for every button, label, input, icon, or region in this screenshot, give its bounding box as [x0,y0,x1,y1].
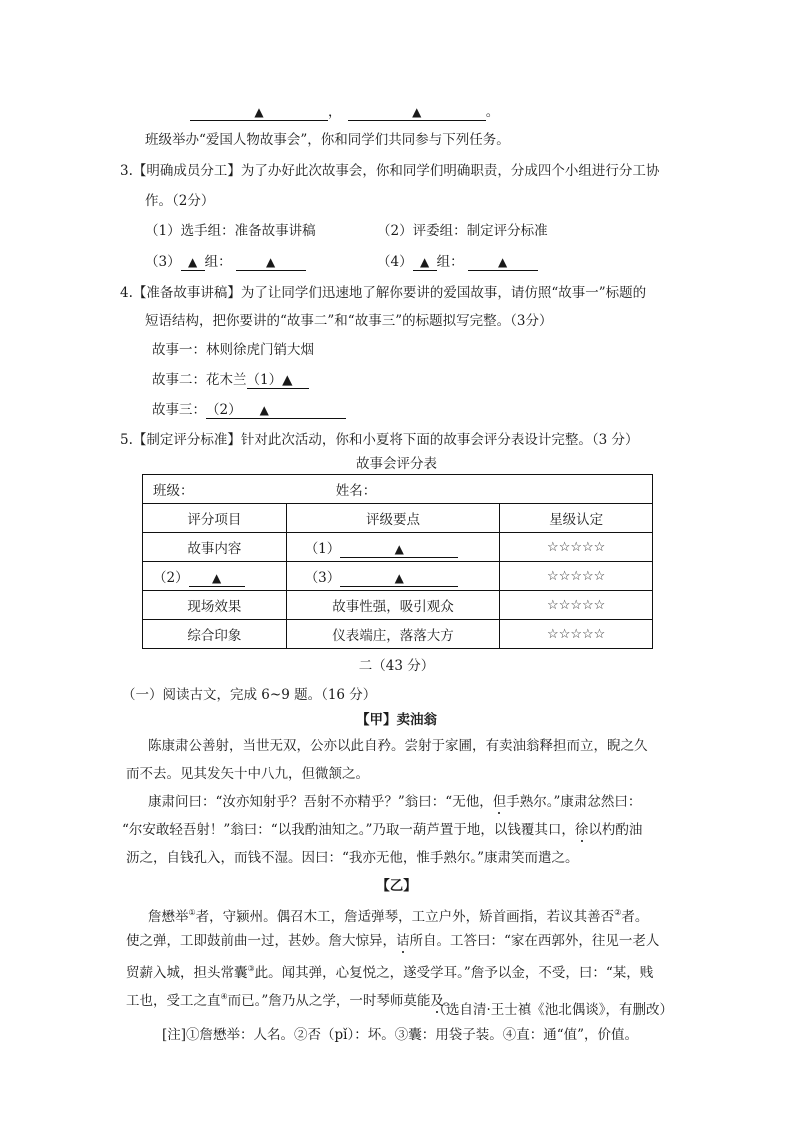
yi-line4: 工也，受工之直④而已。”詹乃从之学，一时琴师莫能及。 [126,988,457,1010]
passage-jia-title: 【甲】卖油翁 [0,711,793,729]
table-row-class-name: 班级： 姓名： [143,475,653,504]
table-row: （2）▲ （3）▲ ☆☆☆☆☆ [143,562,653,591]
row-point: 故事性强，吸引观众 [286,591,500,620]
jia-p2-line1: 康肃问曰：“汝亦知射乎？吾射不亦精乎？”翁曰：“无他，但手熟尔。”康肃忿然曰： [148,793,641,811]
group-name-blank-4[interactable]: ▲ [413,254,437,271]
footnote-marker: ③ [248,964,255,973]
q5-stem: 5.【制定评分标准】针对此次活动，你和小夏将下面的故事会评分表设计完整。（3 分… [120,431,639,449]
table-title: 故事会评分表 [0,455,793,473]
answer-blank-2[interactable]: ▲ [348,104,486,121]
star-rating[interactable]: ☆☆☆☆☆ [500,533,653,562]
story-3-title-blank[interactable]: （2）▲ [206,402,346,419]
group-task-blank-4[interactable]: ▲ [468,254,538,271]
section-2-title: 二（43 分） [0,657,793,675]
top-answer-blanks: ▲， ▲。 [190,103,499,121]
point-blank-1[interactable]: ▲ [340,541,458,558]
story-1: 故事一：林则徐虎门销大烟 [152,341,314,359]
footnote-marker: ① [189,908,196,917]
q3-item1: （1）选手组：准备故事讲稿 [145,222,316,240]
yi-line2: 使之弹，工即鼓前曲一过，甚妙。詹大惊异，诘所自。工答曰：“家在西郭外，往见一老人 [126,932,659,950]
emphasis-dot-char: 诘 [396,933,410,949]
q3-item3: （3）▲组：▲ [145,253,306,271]
jia-p1-line1: 陈康肃公善射，当世无双，公亦以此自矜。尝射于家圃，有卖油翁释担而立，睨之久 [148,737,648,755]
row-point: （1）▲ [286,533,500,562]
star-rating[interactable]: ☆☆☆☆☆ [500,591,653,620]
header-item: 评分项目 [143,504,287,533]
row-item: 现场效果 [143,591,287,620]
jia-p2-line2: “尔安敢轻吾射！”翁曰：“以我酌油知之。”乃取一葫芦置于地，以钱覆其口，徐以杓酌… [122,821,642,839]
activity-intro: 班级举办“爱国人物故事会”，你和同学们共同参与下列任务。 [145,131,510,149]
table-header-row: 评分项目 评级要点 星级认定 [143,504,653,533]
point-blank-3[interactable]: ▲ [340,570,458,587]
answer-blank-1[interactable]: ▲ [190,104,328,121]
header-points: 评级要点 [286,504,500,533]
passage-source: （选自清·王士禛《池北偶谈》，有删改） [432,1001,673,1019]
footnotes: [注]①詹懋举：人名。②否（pǐ）：坏。③囊：用袋子装。④直：通“值”，价值。 [162,1026,638,1044]
table-row: 故事内容 （1）▲ ☆☆☆☆☆ [143,533,653,562]
star-rating[interactable]: ☆☆☆☆☆ [500,562,653,591]
reading-part-1: （一）阅读古文，完成 6~9 题。（16 分） [122,686,376,704]
group-name-blank-3[interactable]: ▲ [181,254,205,271]
item-blank-2[interactable]: ▲ [189,570,245,587]
story-2: 故事二：花木兰（1）▲ [152,371,309,389]
group-task-blank-3[interactable]: ▲ [236,254,306,271]
row-point: （3）▲ [286,562,500,591]
q4-stem-line2: 短语结构，把你要讲的“故事二”和“故事三”的标题拟写完整。（3分） [145,312,552,330]
q4-stem-line1: 4.【准备故事讲稿】为了让同学们迅速地了解你要讲的爱国故事，请仿照“故事一”标题… [120,284,646,302]
jia-p2-line3: 沥之，自钱孔入，而钱不湿。因曰：“我亦无他，惟手熟尔。”康肃笑而遣之。 [126,849,579,867]
yi-line3: 贸薪入城，担头常囊③此。闻其弹，心复悦之，遂受学耳。”詹予以金，不受，曰：“某，… [126,960,653,982]
row-point: 仪表端庄，落落大方 [286,620,500,649]
story-3: 故事三：（2）▲ [152,401,346,419]
jia-p1-line2: 而不去。见其发矢十中八九，但微颔之。 [126,765,369,783]
class-label: 班级： [153,483,194,499]
row-item: 故事内容 [143,533,287,562]
star-rating[interactable]: ☆☆☆☆☆ [500,620,653,649]
q3-item2: （2）评委组：制定评分标准 [377,222,548,240]
row-item: （2）▲ [143,562,287,591]
q3-stem-line1: 3.【明确成员分工】为了办好此次故事会，你和同学们明确职责，分成四个小组进行分工… [120,162,659,180]
name-label: 姓名： [336,483,377,499]
table-row: 现场效果 故事性强，吸引观众 ☆☆☆☆☆ [143,591,653,620]
footnote-marker: ④ [221,992,228,1001]
passage-yi-title: 【乙】 [0,877,793,895]
header-stars: 星级认定 [500,504,653,533]
q3-item4: （4）▲组：▲ [377,253,538,271]
story-2-title-blank[interactable]: （1）▲ [247,372,309,389]
emphasis-dot-char: 徐 [575,822,589,838]
table-row: 综合印象 仪表端庄，落落大方 ☆☆☆☆☆ [143,620,653,649]
emphasis-dot-char: 但 [493,794,507,810]
scoring-table: 班级： 姓名： 评分项目 评级要点 星级认定 故事内容 （1）▲ ☆☆☆☆☆ （… [142,474,653,649]
q3-stem-line2: 作。（2分） [145,192,214,210]
yi-line1: 詹懋举①者，守颍州。偶召木工，詹适弹琴，工立户外，矫首画指，若议其善否②者。 [148,904,648,926]
row-item: 综合印象 [143,620,287,649]
